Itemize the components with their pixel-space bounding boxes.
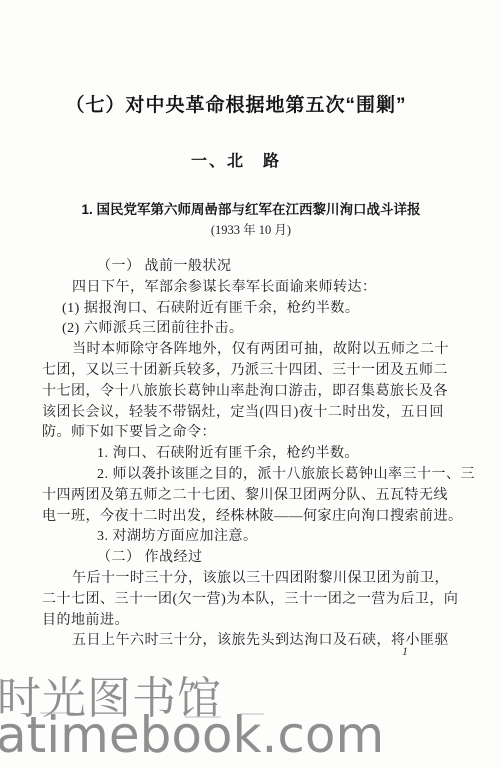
body-line: 1. 洵口、石硖附近有匪千余，枪约半数。 (97, 444, 462, 465)
body-line: 2. 师以袭扑该匪之目的，派十八旅旅长葛钟山率三十一、三 (97, 465, 462, 486)
watermark-site-url: atimebook.com (0, 706, 384, 764)
body-line: (2) 六师派兵三团前往扑击。 (62, 319, 462, 340)
section-heading: 一、北 路 (0, 148, 472, 171)
body-line: 四日下午，军部余参谋长奉军长面谕来师转达： (72, 278, 462, 299)
document-heading: 1. 国民党军第六师周喦部与红军在江西黎川洵口战斗详报 (0, 198, 502, 218)
body-text-block: （一） 战前一般状况 四日下午，军部余参谋长奉军长面谕来师转达： (1) 据报洵… (42, 257, 462, 652)
body-line: （二） 作战经过 (97, 548, 462, 569)
page-number: 1 (402, 644, 408, 659)
body-line: 二十七团、三十一团(欠一营)为本队，三十一团之一营为后卫，向 (42, 590, 462, 611)
body-line: 3. 对湖坊方面应加注意。 (97, 527, 462, 548)
document-date: (1933 年 10 月) (0, 220, 502, 238)
body-line: 十四两团及第五师之二十七团、黎川保卫团两分队、五瓦特无线 (42, 486, 462, 507)
body-line: 十七团，令十八旅旅长葛钟山率赴洵口游击，即召集葛旅长及各 (42, 382, 462, 403)
body-line: 七团，又以三十团新兵较多，乃派三十四团、三十一团及五师二 (42, 361, 462, 382)
body-line: 电一班，今夜十二时出发，经株林陂——何家庄向洵口搜索前进。 (42, 507, 462, 528)
body-line: （一） 战前一般状况 (97, 257, 462, 278)
body-line: 防。师下如下要旨之命令： (42, 423, 462, 444)
body-line: 午后十一时三十分，该旅以三十四团附黎川保卫团为前卫， (72, 569, 462, 590)
chapter-title: （七）对中央革命根据地第五次“围剿” (0, 90, 472, 117)
scanned-book-page: （七）对中央革命根据地第五次“围剿” 一、北 路 1. 国民党军第六师周喦部与红… (0, 0, 502, 768)
body-line: 目的地前进。 (42, 611, 462, 632)
body-line: (1) 据报洵口、石硖附近有匪千余，枪约半数。 (62, 299, 462, 320)
body-line: 该团长会议，轻装不带锅灶，定当(四日)夜十二时出发，五日回 (42, 403, 462, 424)
body-line: 当时本师除守各阵地外，仅有两团可抽，故附以五师之二十 (72, 340, 462, 361)
